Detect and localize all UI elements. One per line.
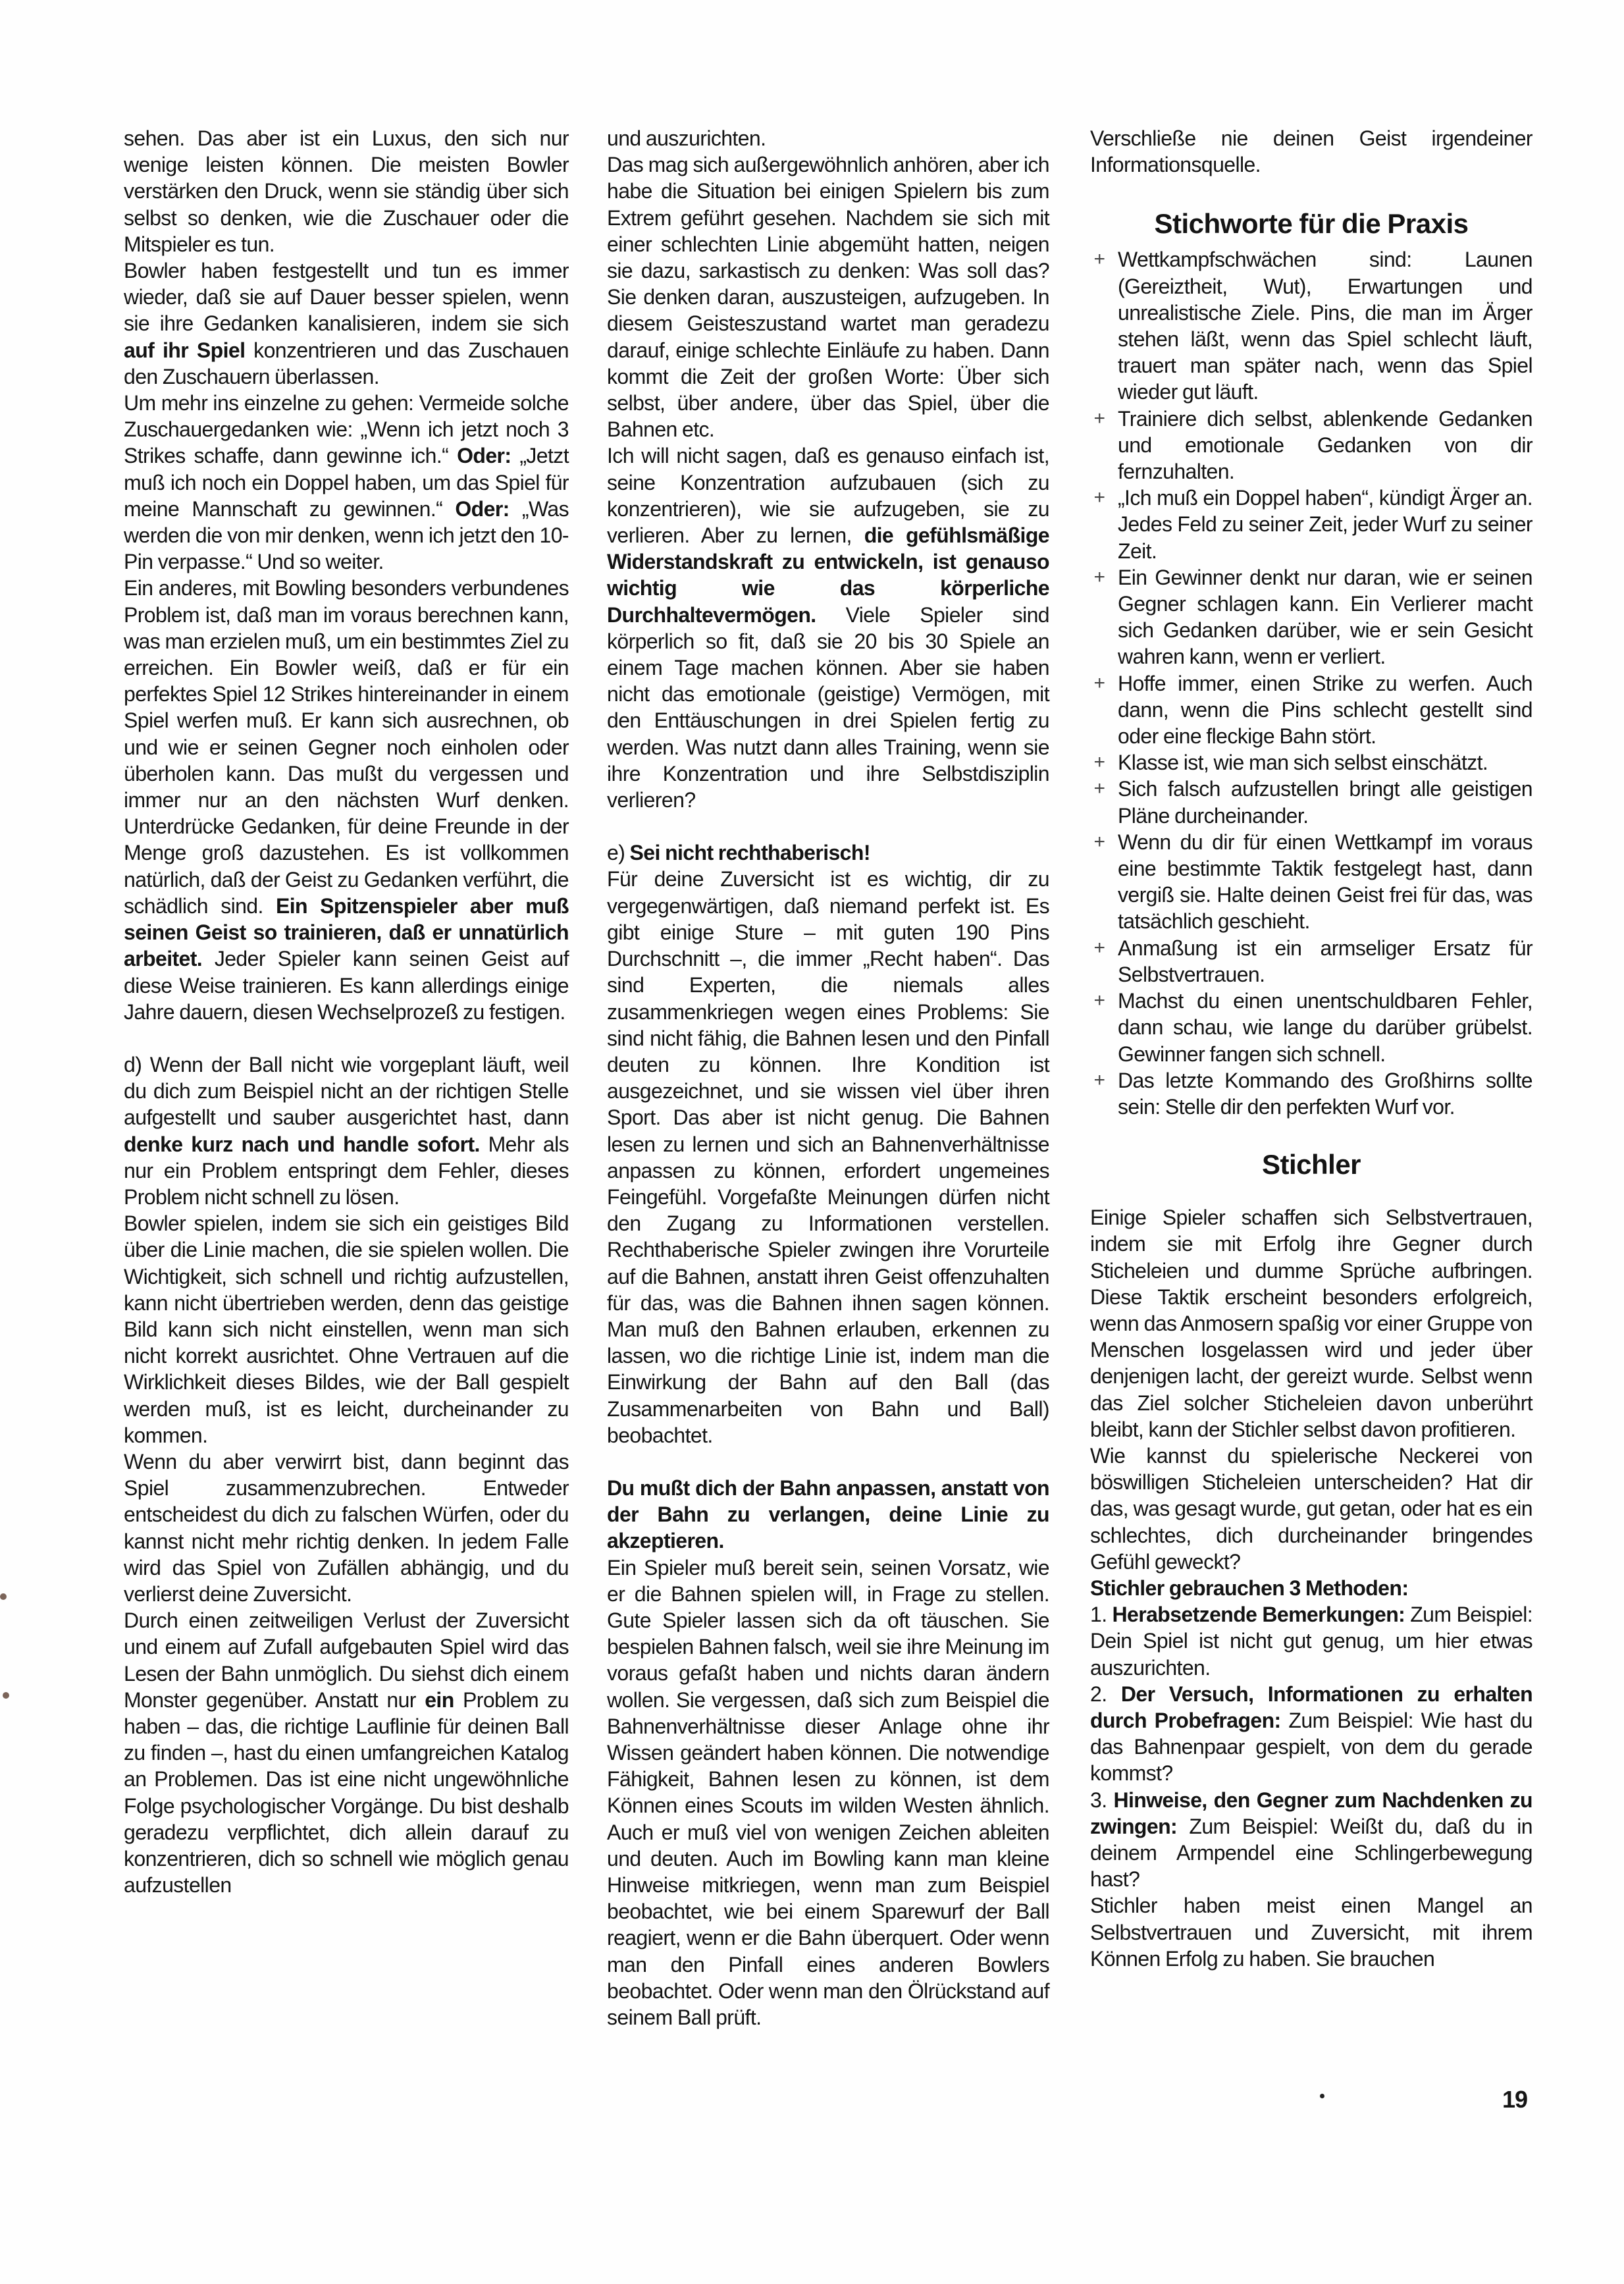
paragraph: Ich will nicht sagen, daß es genauso ein…	[607, 442, 1049, 813]
bold-text: Herabsetzende Bemerkungen:	[1113, 1603, 1405, 1626]
praxis-item-text: Sich falsch aufzustellen bringt alle gei…	[1118, 777, 1532, 827]
paragraph: 2. Der Versuch, Informationen zu erhalte…	[1090, 1681, 1532, 1787]
paragraph: Stichler haben meist einen Mangel an Sel…	[1090, 1892, 1532, 1972]
paragraph: Einige Spieler schaffen sich Selbstvertr…	[1090, 1204, 1532, 1443]
plus-bullet-icon: +	[1090, 829, 1109, 855]
text-run: Für deine Zuversicht ist es wichtig, dir…	[607, 867, 1049, 1447]
paragraph: sehen. Das aber ist ein Luxus, den sich …	[124, 125, 569, 257]
paragraph: Ein Spieler muß bereit sein, seinen Vors…	[607, 1554, 1049, 2031]
paragraph: d) Wenn der Ball nicht wie vorgeplant lä…	[124, 1051, 569, 1210]
paragraph: Wenn du aber verwirrt bist, dann beginnt…	[124, 1448, 569, 1607]
text-run: Bowler haben festgestellt und tun es imm…	[124, 259, 569, 335]
praxis-item-text: Wettkampfschwächen sind: Launen (Gereizt…	[1118, 248, 1532, 404]
praxis-list-item: +Klasse ist, wie man sich selbst einschä…	[1090, 749, 1532, 776]
text-run: e)	[607, 841, 630, 864]
column-3: Verschließe nie deinen Geist irgendeiner…	[1090, 125, 1532, 1972]
praxis-list-item: +Wenn du dir für einen Wettkampf im vora…	[1090, 829, 1532, 935]
bold-text: Sei nicht rechthaberisch!	[630, 841, 870, 864]
praxis-list: +Wettkampfschwächen sind: Launen (Gereiz…	[1090, 246, 1532, 1120]
paragraph: Das mag sich außergewöhnlich anhören, ab…	[607, 151, 1049, 442]
bold-text: Du mußt dich der Bahn anpassen, anstatt …	[607, 1476, 1049, 1553]
paragraph-gap	[607, 813, 1049, 839]
column-2: und auszurichten.Das mag sich außergewöh…	[607, 125, 1049, 2031]
page-number: 19	[1502, 2086, 1527, 2113]
praxis-item-text: Das letzte Kommando des Großhirns sollte…	[1118, 1069, 1532, 1119]
text-run: 2.	[1090, 1682, 1121, 1706]
bold-text: Oder:	[455, 497, 509, 521]
text-run: Wie kannst du spielerische Neckerei von …	[1090, 1444, 1532, 1574]
scan-speck	[3, 1692, 9, 1699]
paragraph: Wie kannst du spielerische Neckerei von …	[1090, 1443, 1532, 1575]
bold-text: Stichler gebrauchen 3 Methoden:	[1090, 1576, 1408, 1600]
plus-bullet-icon: +	[1090, 749, 1109, 776]
bold-text: auf ihr Spiel	[124, 338, 245, 362]
intro-paragraph: Verschließe nie deinen Geist irgendeiner…	[1090, 125, 1532, 178]
paragraph: Du mußt dich der Bahn anpassen, anstatt …	[607, 1475, 1049, 1554]
text-run: Wenn du aber verwirrt bist, dann beginnt…	[124, 1450, 569, 1606]
praxis-list-item: +Wettkampfschwächen sind: Launen (Gereiz…	[1090, 246, 1532, 405]
plus-bullet-icon: +	[1090, 246, 1109, 273]
plus-bullet-icon: +	[1090, 935, 1109, 961]
text-run: Bowler spielen, indem sie sich ein geist…	[124, 1211, 569, 1447]
text-run: Problem zu haben – das, die richtige Lau…	[124, 1688, 569, 1897]
text-run: Viele Spieler sind körperlich so fit, da…	[607, 603, 1049, 812]
text-run: sehen. Das aber ist ein Luxus, den sich …	[124, 126, 569, 256]
paragraph: Bowler haben festgestellt und tun es imm…	[124, 257, 569, 390]
praxis-list-item: +Machst du einen unentschuldbaren Fehler…	[1090, 988, 1532, 1067]
text-run: Das mag sich außergewöhnlich anhören, ab…	[607, 153, 1049, 441]
paragraph: 1. Herabsetzende Bemerkungen: Zum Beispi…	[1090, 1601, 1532, 1681]
praxis-item-text: Klasse ist, wie man sich selbst einschät…	[1118, 751, 1488, 774]
paragraph: Um mehr ins einzelne zu gehen: Vermeide …	[124, 390, 569, 575]
paragraph: Durch einen zeitweiligen Verlust der Zuv…	[124, 1607, 569, 1898]
praxis-item-text: „Ich muß ein Doppel haben“, kündigt Ärge…	[1118, 486, 1532, 562]
praxis-list-item: +Sich falsch aufzustellen bringt alle ge…	[1090, 776, 1532, 828]
paragraph: Bowler spielen, indem sie sich ein geist…	[124, 1210, 569, 1448]
paragraph-gap	[607, 1448, 1049, 1475]
paragraph: Für deine Zuversicht ist es wichtig, dir…	[607, 866, 1049, 1448]
plus-bullet-icon: +	[1090, 406, 1109, 432]
paragraph: Ein anderes, mit Bowling besonders verbu…	[124, 575, 569, 1024]
paragraph: 3. Hinweise, den Gegner zum Nachdenken z…	[1090, 1787, 1532, 1893]
scan-speck	[0, 1593, 7, 1600]
praxis-item-text: Wenn du dir für einen Wettkampf im vorau…	[1118, 830, 1532, 934]
plus-bullet-icon: +	[1090, 988, 1109, 1014]
plus-bullet-icon: +	[1090, 670, 1109, 697]
paragraph: e) Sei nicht rechthaberisch!	[607, 839, 1049, 866]
praxis-list-item: +Anmaßung ist ein armseliger Ersatz für …	[1090, 935, 1532, 988]
text-run: 1.	[1090, 1603, 1113, 1626]
text-run: d) Wenn der Ball nicht wie vorgeplant lä…	[124, 1053, 569, 1129]
praxis-list-item: +„Ich muß ein Doppel haben“, kündigt Ärg…	[1090, 485, 1532, 564]
praxis-list-item: +Das letzte Kommando des Großhirns sollt…	[1090, 1067, 1532, 1120]
plus-bullet-icon: +	[1090, 485, 1109, 511]
praxis-item-text: Hoffe immer, einen Strike zu werfen. Auc…	[1118, 672, 1532, 748]
bold-text: Oder:	[457, 444, 511, 467]
plus-bullet-icon: +	[1090, 564, 1109, 591]
print-dot	[1320, 2094, 1324, 2098]
paragraph: Stichler gebrauchen 3 Methoden:	[1090, 1575, 1532, 1601]
text-run: Stichler haben meist einen Mangel an Sel…	[1090, 1894, 1532, 1970]
section-heading-stichler: Stichler	[1090, 1145, 1532, 1184]
paragraph: und auszurichten.	[607, 125, 1049, 151]
plus-bullet-icon: +	[1090, 776, 1109, 802]
bold-text: denke kurz nach und handle sofort.	[124, 1132, 480, 1156]
praxis-list-item: +Trainiere dich selbst, ablenkende Gedan…	[1090, 406, 1532, 485]
bold-text: ein	[425, 1688, 454, 1712]
praxis-list-item: +Ein Gewinner denkt nur daran, wie er se…	[1090, 564, 1532, 670]
text-run: Einige Spieler schaffen sich Selbstvertr…	[1090, 1206, 1532, 1441]
document-page: sehen. Das aber ist ein Luxus, den sich …	[0, 0, 1624, 2284]
praxis-list-item: +Hoffe immer, einen Strike zu werfen. Au…	[1090, 670, 1532, 750]
text-run: und auszurichten.	[607, 126, 766, 150]
paragraph-gap	[124, 1025, 569, 1051]
plus-bullet-icon: +	[1090, 1067, 1109, 1094]
praxis-item-text: Machst du einen unentschuldbaren Fehler,…	[1118, 989, 1532, 1065]
praxis-item-text: Trainiere dich selbst, ablenkende Gedank…	[1118, 407, 1532, 483]
praxis-item-text: Anmaßung ist ein armseliger Ersatz für S…	[1118, 936, 1532, 986]
section-heading-praxis: Stichworte für die Praxis	[1090, 204, 1532, 244]
text-run: Ein Spieler muß bereit sein, seinen Vors…	[607, 1556, 1049, 2029]
text-run: Ein anderes, mit Bowling besonders verbu…	[124, 576, 569, 917]
stichler-body: Einige Spieler schaffen sich Selbstvertr…	[1090, 1204, 1532, 1972]
column-1: sehen. Das aber ist ein Luxus, den sich …	[124, 125, 569, 1898]
praxis-item-text: Ein Gewinner denkt nur daran, wie er sei…	[1118, 566, 1532, 669]
text-run: 3.	[1090, 1788, 1113, 1812]
